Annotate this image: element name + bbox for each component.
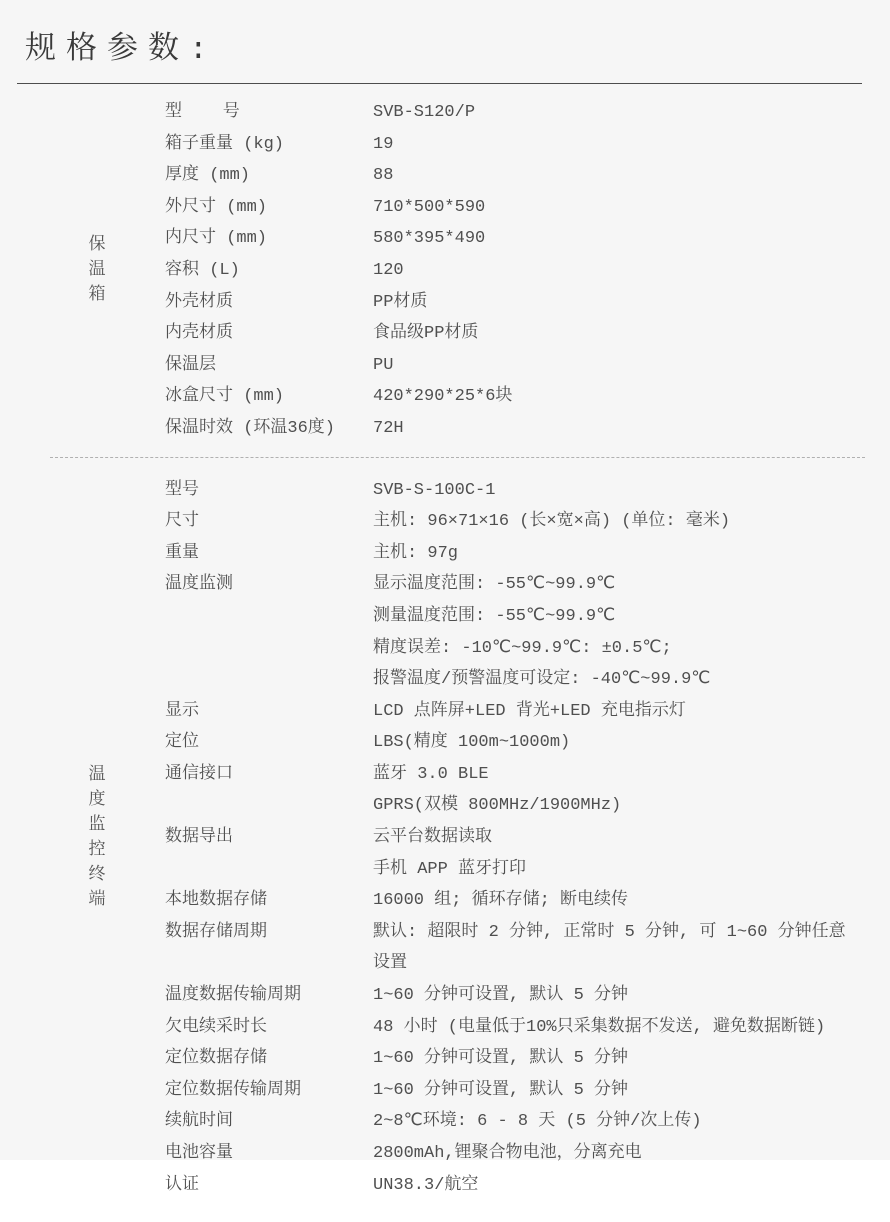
spec-row: 型号 SVB-S-100C-1: [165, 475, 860, 507]
spec-row: 显示 LCD 点阵屏+LED 背光+LED 充电指示灯: [165, 696, 860, 728]
section-rows: 型号 SVB-S-100C-1 尺寸 主机: 96×71×16 (长×宽×高) …: [165, 475, 890, 1202]
spec-row-value: SVB-S-100C-1: [373, 475, 860, 507]
spec-row-value: 云平台数据读取手机 APP 蓝牙打印: [373, 822, 860, 885]
spec-row-label: 型 号: [165, 97, 373, 129]
spec-row: 保温层 PU: [165, 350, 860, 382]
spec-row-value: 主机: 96×71×16 (长×宽×高) (单位: 毫米): [373, 506, 860, 538]
spec-row-label: 电池容量: [165, 1138, 373, 1170]
spec-value-line: GPRS(双模 800MHz/1900MHz): [373, 790, 860, 822]
spec-row: 电池容量 2800mAh,锂聚合物电池，分离充电: [165, 1138, 860, 1170]
spec-row-label: 冰盒尺寸 (mm): [165, 381, 373, 413]
spec-value-line: SVB-S120/P: [373, 97, 860, 129]
spec-row: 定位 LBS(精度 100m~1000m): [165, 727, 860, 759]
spec-row-value: 710*500*590: [373, 192, 860, 224]
spec-row-label: 箱子重量 (kg): [165, 129, 373, 161]
spec-row: 尺寸 主机: 96×71×16 (长×宽×高) (单位: 毫米): [165, 506, 860, 538]
spec-value-line: 云平台数据读取: [373, 822, 860, 854]
spec-row-value: 88: [373, 160, 860, 192]
spec-row-label: 容积 (L): [165, 255, 373, 287]
spec-section: 保温箱 型 号 SVB-S120/P 箱子重量 (kg) 19 厚度 (mm) …: [0, 97, 890, 445]
spec-value-line: 测量温度范围: -55℃~99.9℃: [373, 601, 860, 633]
spec-row-value: 48 小时 (电量低于10%只采集数据不发送, 避免数据断链): [373, 1012, 860, 1044]
spec-row: 本地数据存储 16000 组; 循环存储; 断电续传: [165, 885, 860, 917]
spec-value-line: 显示温度范围: -55℃~99.9℃: [373, 569, 860, 601]
spec-section: 温度监控终端 型号 SVB-S-100C-1 尺寸 主机: 96×71×16 (…: [0, 475, 890, 1202]
spec-row-value: 蓝牙 3.0 BLEGPRS(双模 800MHz/1900MHz): [373, 759, 860, 822]
spec-row-label: 数据导出: [165, 822, 373, 854]
spec-row: 数据存储周期 默认: 超限时 2 分钟, 正常时 5 分钟, 可 1~60 分钟…: [165, 917, 860, 980]
spec-value-line: 精度误差: -10℃~99.9℃: ±0.5℃;: [373, 633, 860, 665]
spec-row: 数据导出 云平台数据读取手机 APP 蓝牙打印: [165, 822, 860, 885]
spec-row-label: 外尺寸 (mm): [165, 192, 373, 224]
spec-row: 外壳材质 PP材质: [165, 287, 860, 319]
spec-value-line: UN38.3/航空: [373, 1170, 860, 1202]
spec-row: 厚度 (mm) 88: [165, 160, 860, 192]
spec-row-value: 580*395*490: [373, 223, 860, 255]
spec-value-line: 72H: [373, 413, 860, 445]
spec-value-line: 2800mAh,锂聚合物电池，分离充电: [373, 1138, 860, 1170]
section-rows: 型 号 SVB-S120/P 箱子重量 (kg) 19 厚度 (mm) 88 外…: [165, 97, 890, 445]
spec-row: 重量 主机: 97g: [165, 538, 860, 570]
section-label-char: 箱: [87, 283, 107, 308]
spec-value-line: 19: [373, 129, 860, 161]
section-label-char: 监: [87, 813, 107, 838]
spec-row: 箱子重量 (kg) 19: [165, 129, 860, 161]
spec-row-label: 温度数据传输周期: [165, 980, 373, 1012]
spec-row-label: 通信接口: [165, 759, 373, 791]
spec-row-value: 1~60 分钟可设置, 默认 5 分钟: [373, 1043, 860, 1075]
spec-row-value: 1~60 分钟可设置, 默认 5 分钟: [373, 980, 860, 1012]
spec-value-line: 默认: 超限时 2 分钟, 正常时 5 分钟, 可 1~60 分钟任意: [373, 917, 860, 949]
spec-row-label: 数据存储周期: [165, 917, 373, 949]
spec-row-value: PU: [373, 350, 860, 382]
spec-row-value: 食品级PP材质: [373, 318, 860, 350]
spec-value-line: 1~60 分钟可设置, 默认 5 分钟: [373, 980, 860, 1012]
spec-row-label: 外壳材质: [165, 287, 373, 319]
spec-row: 定位数据存储 1~60 分钟可设置, 默认 5 分钟: [165, 1043, 860, 1075]
section-side-column: 保温箱: [0, 97, 165, 445]
section-label-char: 温: [87, 258, 107, 283]
spec-row-label: 欠电续采时长: [165, 1012, 373, 1044]
spec-row-value: 1~60 分钟可设置, 默认 5 分钟: [373, 1075, 860, 1107]
section-label-char: 保: [87, 233, 107, 258]
spec-row-value: SVB-S120/P: [373, 97, 860, 129]
spec-row-value: LCD 点阵屏+LED 背光+LED 充电指示灯: [373, 696, 860, 728]
spec-row-label: 厚度 (mm): [165, 160, 373, 192]
spec-row: 内尺寸 (mm) 580*395*490: [165, 223, 860, 255]
spec-row-label: 尺寸: [165, 506, 373, 538]
spec-row-label: 温度监测: [165, 569, 373, 601]
spec-value-line: 手机 APP 蓝牙打印: [373, 854, 860, 886]
section-label-char: 端: [87, 888, 107, 913]
spec-row-value: 主机: 97g: [373, 538, 860, 570]
section-label-char: 温: [87, 763, 107, 788]
section-vertical-label: 温度监控终端: [87, 763, 107, 913]
spec-row-value: 2800mAh,锂聚合物电池，分离充电: [373, 1138, 860, 1170]
spec-value-line: 主机: 96×71×16 (长×宽×高) (单位: 毫米): [373, 506, 860, 538]
spec-row-label: 定位数据传输周期: [165, 1075, 373, 1107]
spec-row: 续航时间 2~8℃环境: 6 - 8 天 (5 分钟/次上传): [165, 1106, 860, 1138]
spec-row: 内壳材质 食品级PP材质: [165, 318, 860, 350]
spec-page: 规格参数: 保温箱 型 号 SVB-S120/P 箱子重量 (kg) 19 厚度…: [0, 0, 890, 1222]
spec-row-label: 保温时效 (环温36度): [165, 413, 373, 445]
section-vertical-label: 保温箱: [87, 233, 107, 308]
spec-value-line: 120: [373, 255, 860, 287]
spec-row-value: 16000 组; 循环存储; 断电续传: [373, 885, 860, 917]
spec-value-line: 设置: [373, 948, 860, 980]
spec-value-line: SVB-S-100C-1: [373, 475, 860, 507]
section-label-char: 终: [87, 863, 107, 888]
spec-row-value: UN38.3/航空: [373, 1170, 860, 1202]
spec-row: 外尺寸 (mm) 710*500*590: [165, 192, 860, 224]
section-label-char: 度: [87, 788, 107, 813]
spec-row-value: 420*290*25*6块: [373, 381, 860, 413]
spec-row-label: 定位数据存储: [165, 1043, 373, 1075]
spec-value-line: 580*395*490: [373, 223, 860, 255]
spec-value-line: 蓝牙 3.0 BLE: [373, 759, 860, 791]
spec-row-value: 显示温度范围: -55℃~99.9℃测量温度范围: -55℃~99.9℃精度误差…: [373, 569, 860, 695]
spec-value-line: PU: [373, 350, 860, 382]
spec-row-label: 内壳材质: [165, 318, 373, 350]
spec-row-value: LBS(精度 100m~1000m): [373, 727, 860, 759]
spec-row: 认证 UN38.3/航空: [165, 1170, 860, 1202]
spec-value-line: 16000 组; 循环存储; 断电续传: [373, 885, 860, 917]
spec-row-value: 120: [373, 255, 860, 287]
spec-value-line: 1~60 分钟可设置, 默认 5 分钟: [373, 1043, 860, 1075]
spec-value-line: 2~8℃环境: 6 - 8 天 (5 分钟/次上传): [373, 1106, 860, 1138]
spec-row: 定位数据传输周期 1~60 分钟可设置, 默认 5 分钟: [165, 1075, 860, 1107]
spec-row: 通信接口 蓝牙 3.0 BLEGPRS(双模 800MHz/1900MHz): [165, 759, 860, 822]
spec-row-value: PP材质: [373, 287, 860, 319]
spec-row-value: 19: [373, 129, 860, 161]
spec-value-line: 主机: 97g: [373, 538, 860, 570]
spec-row-value: 默认: 超限时 2 分钟, 正常时 5 分钟, 可 1~60 分钟任意设置: [373, 917, 860, 980]
spec-value-line: 88: [373, 160, 860, 192]
section-separator: [50, 457, 865, 458]
spec-value-line: 420*290*25*6块: [373, 381, 860, 413]
spec-row-label: 续航时间: [165, 1106, 373, 1138]
spec-row: 温度监测 显示温度范围: -55℃~99.9℃测量温度范围: -55℃~99.9…: [165, 569, 860, 695]
spec-value-line: LCD 点阵屏+LED 背光+LED 充电指示灯: [373, 696, 860, 728]
spec-value-line: PP材质: [373, 287, 860, 319]
spec-row: 欠电续采时长 48 小时 (电量低于10%只采集数据不发送, 避免数据断链): [165, 1012, 860, 1044]
spec-row-label: 型号: [165, 475, 373, 507]
spec-row: 型 号 SVB-S120/P: [165, 97, 860, 129]
section-side-column: 温度监控终端: [0, 475, 165, 1202]
spec-value-line: 1~60 分钟可设置, 默认 5 分钟: [373, 1075, 860, 1107]
page-title: 规格参数:: [0, 0, 890, 68]
spec-row-value: 2~8℃环境: 6 - 8 天 (5 分钟/次上传): [373, 1106, 860, 1138]
spec-row-label: 重量: [165, 538, 373, 570]
spec-row-value: 72H: [373, 413, 860, 445]
spec-row: 容积 (L) 120: [165, 255, 860, 287]
spec-value-line: 食品级PP材质: [373, 318, 860, 350]
spec-value-line: LBS(精度 100m~1000m): [373, 727, 860, 759]
section-label-char: 控: [87, 838, 107, 863]
spec-row-label: 认证: [165, 1170, 373, 1202]
spec-row: 温度数据传输周期 1~60 分钟可设置, 默认 5 分钟: [165, 980, 860, 1012]
spec-value-line: 48 小时 (电量低于10%只采集数据不发送, 避免数据断链): [373, 1012, 860, 1044]
spec-row-label: 定位: [165, 727, 373, 759]
spec-row-label: 内尺寸 (mm): [165, 223, 373, 255]
spec-row-label: 保温层: [165, 350, 373, 382]
spec-value-line: 报警温度/预警温度可设定: -40℃~99.9℃: [373, 664, 860, 696]
spec-value-line: 710*500*590: [373, 192, 860, 224]
spec-row: 保温时效 (环温36度) 72H: [165, 413, 860, 445]
spec-table: 保温箱 型 号 SVB-S120/P 箱子重量 (kg) 19 厚度 (mm) …: [0, 84, 890, 1201]
spec-row-label: 本地数据存储: [165, 885, 373, 917]
spec-row: 冰盒尺寸 (mm) 420*290*25*6块: [165, 381, 860, 413]
spec-row-label: 显示: [165, 696, 373, 728]
